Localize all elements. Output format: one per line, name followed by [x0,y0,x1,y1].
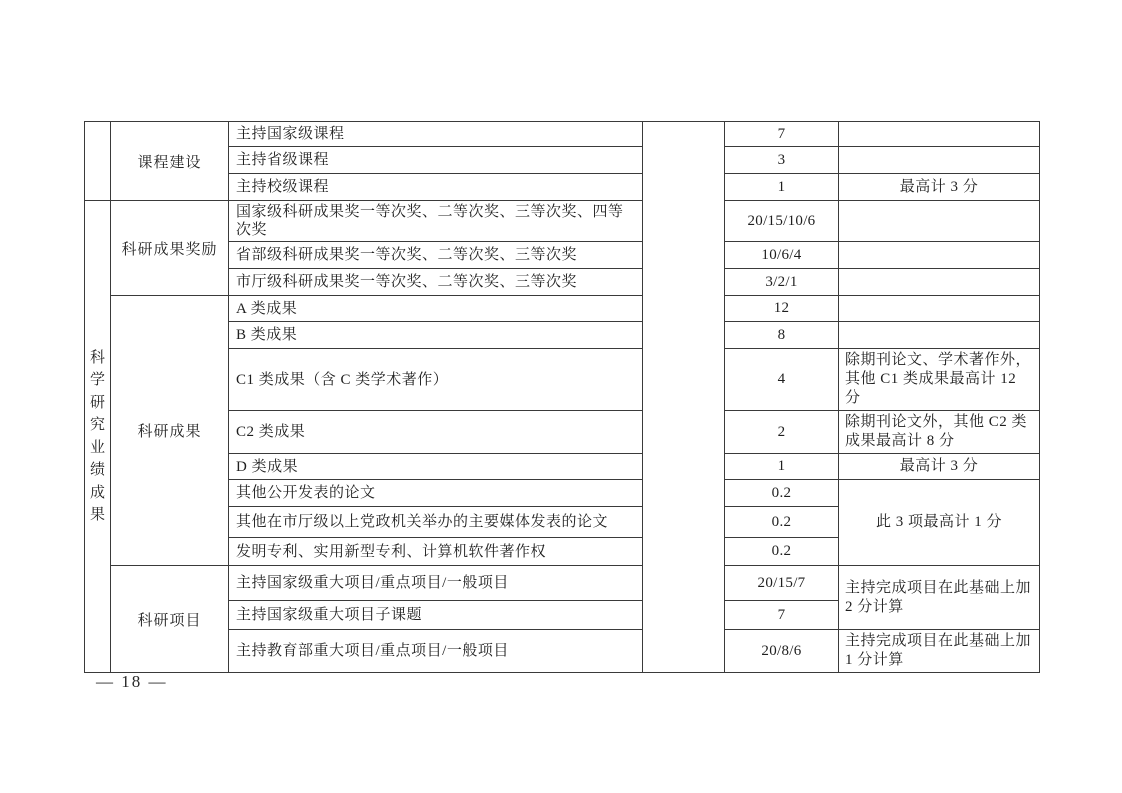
table-row: D 类成果 1 最高计 3 分 [85,454,1040,480]
score-cell: 4 [725,349,839,411]
item-cell: 省部级科研成果奖一等次奖、二等次奖、三等次奖 [229,242,643,269]
table-row: 课程建设 主持国家级课程 7 [85,122,1040,147]
page-number: — 18 — [96,672,168,692]
item-cell: 主持教育部重大项目/重点项目/一般项目 [229,630,643,673]
score-cell: 2 [725,411,839,454]
score-cell: 20/15/10/6 [725,201,839,242]
table-row: C1 类成果（含 C 类学术著作） 4 除期刊论文、学术著作外，其他 C1 类成… [85,349,1040,411]
table-row: 其他公开发表的论文 0.2 此 3 项最高计 1 分 [85,480,1040,507]
note-cell: 除期刊论文、学术著作外，其他 C1 类成果最高计 12 分 [839,349,1040,411]
score-cell: 0.2 [725,507,839,538]
note-cell-merged-national-project: 主持完成项目在此基础上加 2 分计算 [839,566,1040,630]
note-cell [839,201,1040,242]
performance-score-table: 课程建设 主持国家级课程 7 主持省级课程 3 主持校级课程 1 最高计 3 分… [84,121,1040,673]
table-row: 科研成果 A 类成果 12 [85,296,1040,322]
item-cell: 主持校级课程 [229,174,643,201]
note-cell: 主持完成项目在此基础上加 1 分计算 [839,630,1040,673]
score-cell: 0.2 [725,480,839,507]
score-cell: 20/15/7 [725,566,839,601]
item-cell: C2 类成果 [229,411,643,454]
item-cell: B 类成果 [229,322,643,349]
note-cell [839,122,1040,147]
item-cell: A 类成果 [229,296,643,322]
note-cell [839,322,1040,349]
item-cell: 其他在市厅级以上党政机关举办的主要媒体发表的论文 [229,507,643,538]
score-cell: 1 [725,174,839,201]
item-cell: 其他公开发表的论文 [229,480,643,507]
item-cell: D 类成果 [229,454,643,480]
score-cell: 3 [725,147,839,174]
category-cell-course: 课程建设 [111,122,229,201]
score-cell: 8 [725,322,839,349]
note-cell: 除期刊论文外，其他 C2 类成果最高计 8 分 [839,411,1040,454]
score-cell: 20/8/6 [725,630,839,673]
table-row: B 类成果 8 [85,322,1040,349]
note-cell: 最高计 3 分 [839,454,1040,480]
table-row: 市厅级科研成果奖一等次奖、二等次奖、三等次奖 3/2/1 [85,269,1040,296]
table-row: C2 类成果 2 除期刊论文外，其他 C2 类成果最高计 8 分 [85,411,1040,454]
score-cell: 12 [725,296,839,322]
item-cell: 主持国家级重大项目子课题 [229,601,643,630]
item-cell: C1 类成果（含 C 类学术著作） [229,349,643,411]
item-cell: 发明专利、实用新型专利、计算机软件著作权 [229,538,643,566]
item-cell: 主持省级课程 [229,147,643,174]
section-cell-empty [85,122,111,201]
note-cell [839,269,1040,296]
note-cell-merged-three-items: 此 3 项最高计 1 分 [839,480,1040,566]
note-cell [839,147,1040,174]
note-cell: 最高计 3 分 [839,174,1040,201]
table-row: 科学研究业绩成果 科研成果奖励 国家级科研成果奖一等次奖、二等次奖、三等次奖、四… [85,201,1040,242]
score-cell: 10/6/4 [725,242,839,269]
score-cell: 0.2 [725,538,839,566]
score-cell: 3/2/1 [725,269,839,296]
item-cell: 国家级科研成果奖一等次奖、二等次奖、三等次奖、四等次奖 [229,201,643,242]
table-row: 主持教育部重大项目/重点项目/一般项目 20/8/6 主持完成项目在此基础上加 … [85,630,1040,673]
category-cell-award: 科研成果奖励 [111,201,229,296]
category-cell-project: 科研项目 [111,566,229,673]
note-cell [839,242,1040,269]
score-cell: 7 [725,601,839,630]
section-label-cell: 科学研究业绩成果 [85,201,111,673]
item-cell: 主持国家级重大项目/重点项目/一般项目 [229,566,643,601]
table-row: 省部级科研成果奖一等次奖、二等次奖、三等次奖 10/6/4 [85,242,1040,269]
table-row: 科研项目 主持国家级重大项目/重点项目/一般项目 20/15/7 主持完成项目在… [85,566,1040,601]
table-row: 主持省级课程 3 [85,147,1040,174]
item-cell: 市厅级科研成果奖一等次奖、二等次奖、三等次奖 [229,269,643,296]
note-cell [839,296,1040,322]
section-label: 科学研究业绩成果 [90,347,106,527]
table-row: 主持校级课程 1 最高计 3 分 [85,174,1040,201]
category-cell-achievement: 科研成果 [111,296,229,566]
score-cell: 1 [725,454,839,480]
document-page: { "page": { "number": "— 18 —" }, "table… [0,0,1122,793]
item-cell: 主持国家级课程 [229,122,643,147]
score-cell: 7 [725,122,839,147]
spacer-column-cell [643,122,725,673]
